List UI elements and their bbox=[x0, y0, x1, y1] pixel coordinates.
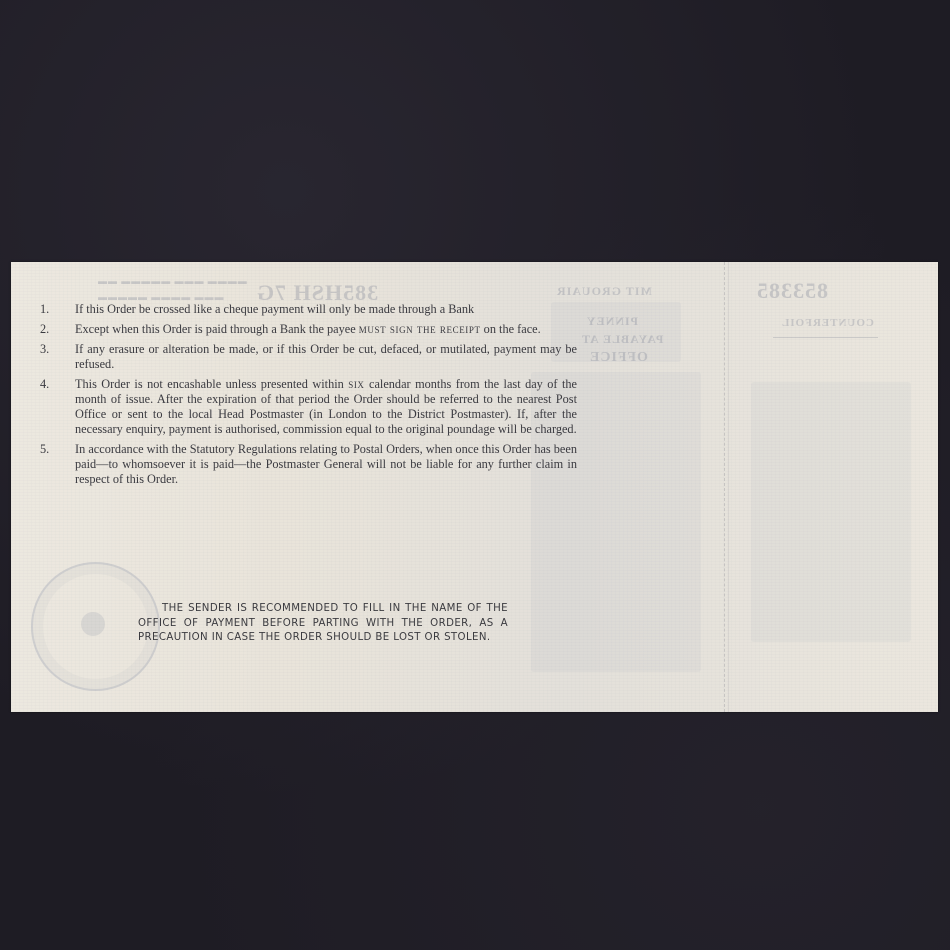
condition-item: 1.If this Order be crossed like a cheque… bbox=[35, 302, 577, 317]
condition-text: This Order is not encashable unless pres… bbox=[75, 377, 348, 391]
condition-emphasis: must sign the receipt bbox=[359, 322, 481, 336]
condition-number: 4. bbox=[40, 377, 49, 392]
condition-text: If any erasure or alteration be made, or… bbox=[75, 342, 577, 371]
condition-text: on the face. bbox=[481, 322, 541, 336]
condition-number: 1. bbox=[40, 302, 49, 317]
show-through-text: MIT GROUAIR bbox=[556, 284, 652, 299]
perforation-line bbox=[724, 262, 725, 712]
condition-number: 5. bbox=[40, 442, 49, 457]
condition-item: 4.This Order is not encashable unless pr… bbox=[35, 377, 577, 437]
sender-recommendation-note: The sender is recommended to fill in the… bbox=[138, 602, 508, 646]
show-through-text: ▬▬▬▬ ▬▬▬ ▬▬▬▬▬ ▬▬ bbox=[97, 276, 247, 286]
condition-emphasis: six bbox=[348, 377, 364, 391]
conditions-list: 1.If this Order be crossed like a cheque… bbox=[35, 302, 577, 492]
stub-divider bbox=[728, 262, 729, 712]
condition-text: In accordance with the Statutory Regulat… bbox=[75, 442, 577, 486]
show-through-serial: 853385 bbox=[756, 278, 828, 304]
postal-order-reverse: ▬▬▬▬ ▬▬▬ ▬▬▬▬▬ ▬▬ ▬▬▬ ▬▬▬▬ ▬▬▬▬▬ 385HSH … bbox=[11, 262, 938, 712]
show-through-text: ▬▬▬ ▬▬▬▬ ▬▬▬▬▬ bbox=[97, 292, 224, 302]
condition-item: 5.In accordance with the Statutory Regul… bbox=[35, 442, 577, 487]
condition-number: 3. bbox=[40, 342, 49, 357]
condition-item: 3.If any erasure or alteration be made, … bbox=[35, 342, 577, 372]
condition-text: Except when this Order is paid through a… bbox=[75, 322, 359, 336]
show-through-rule bbox=[773, 337, 878, 338]
show-through-panel bbox=[751, 382, 911, 642]
show-through-heading: COUNTERFOIL bbox=[781, 317, 874, 329]
condition-item: 2.Except when this Order is paid through… bbox=[35, 322, 577, 337]
condition-text: If this Order be crossed like a cheque p… bbox=[75, 302, 474, 316]
condition-number: 2. bbox=[40, 322, 49, 337]
